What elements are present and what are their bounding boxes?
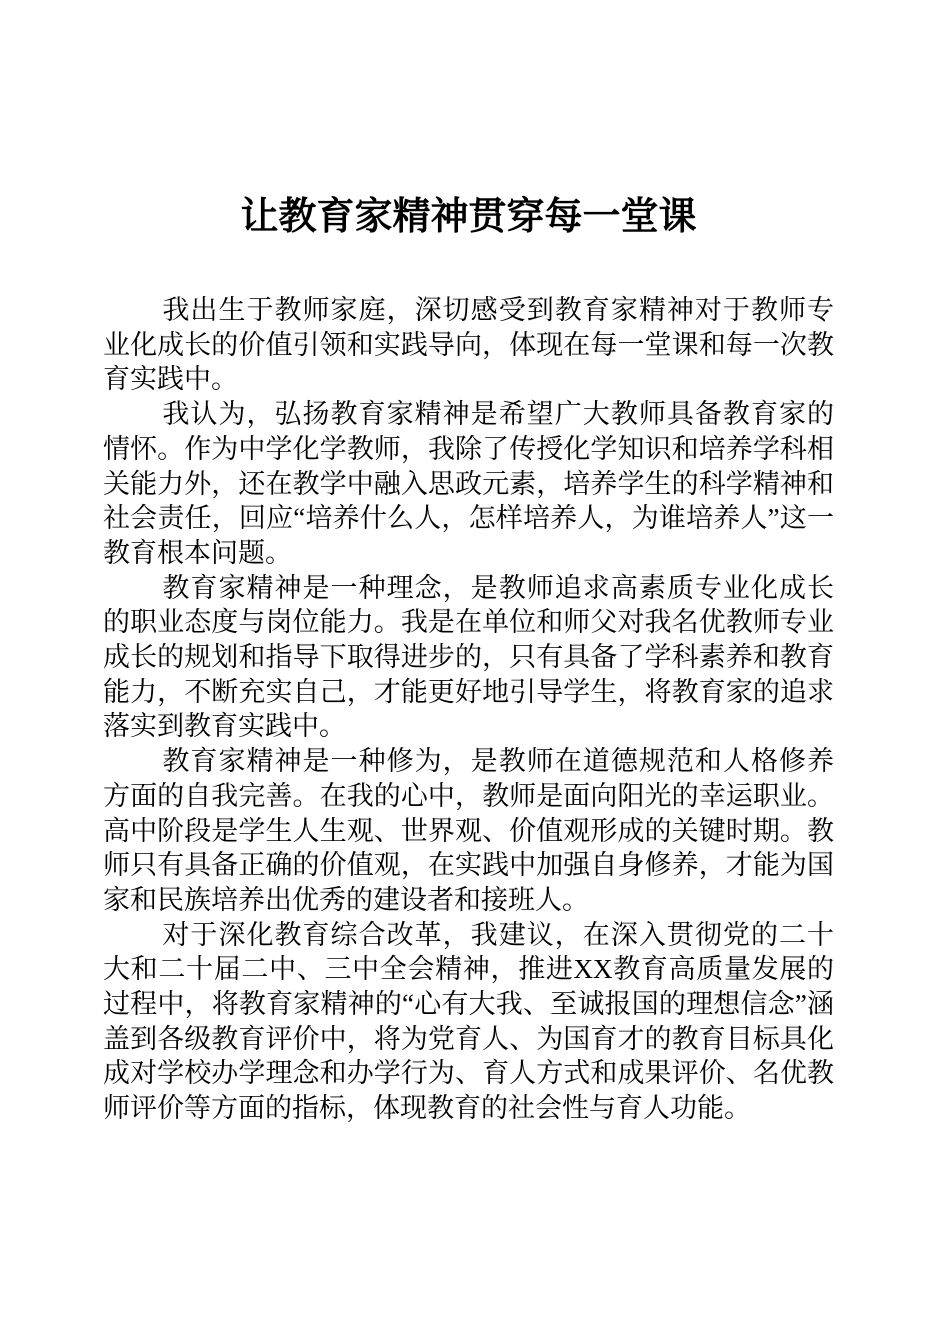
document-title: 让教育家精神贯穿每一堂课 <box>103 190 834 244</box>
paragraph: 我认为，弘扬教育家精神是希望广大教师具备教育家的情怀。作为中学化学教师，我除了传… <box>103 397 834 571</box>
paragraph: 我出生于教师家庭，深切感受到教育家精神对于教师专业化成长的价值引领和实践导向，体… <box>103 293 834 397</box>
paragraph: 教育家精神是一种修为，是教师在道德规范和人格修养方面的自我完善。在我的心中，教师… <box>103 744 834 918</box>
document-body: 我出生于教师家庭，深切感受到教育家精神对于教师专业化成长的价值引领和实践导向，体… <box>103 293 834 1126</box>
document-page: 让教育家精神贯穿每一堂课 我出生于教师家庭，深切感受到教育家精神对于教师专业化成… <box>0 0 950 1344</box>
paragraph: 对于深化教育综合改革，我建议，在深入贯彻党的二十大和二十届二中、三中全会精神，推… <box>103 918 834 1126</box>
paragraph: 教育家精神是一种理念，是教师追求高素质专业化成长的职业态度与岗位能力。我是在单位… <box>103 571 834 745</box>
